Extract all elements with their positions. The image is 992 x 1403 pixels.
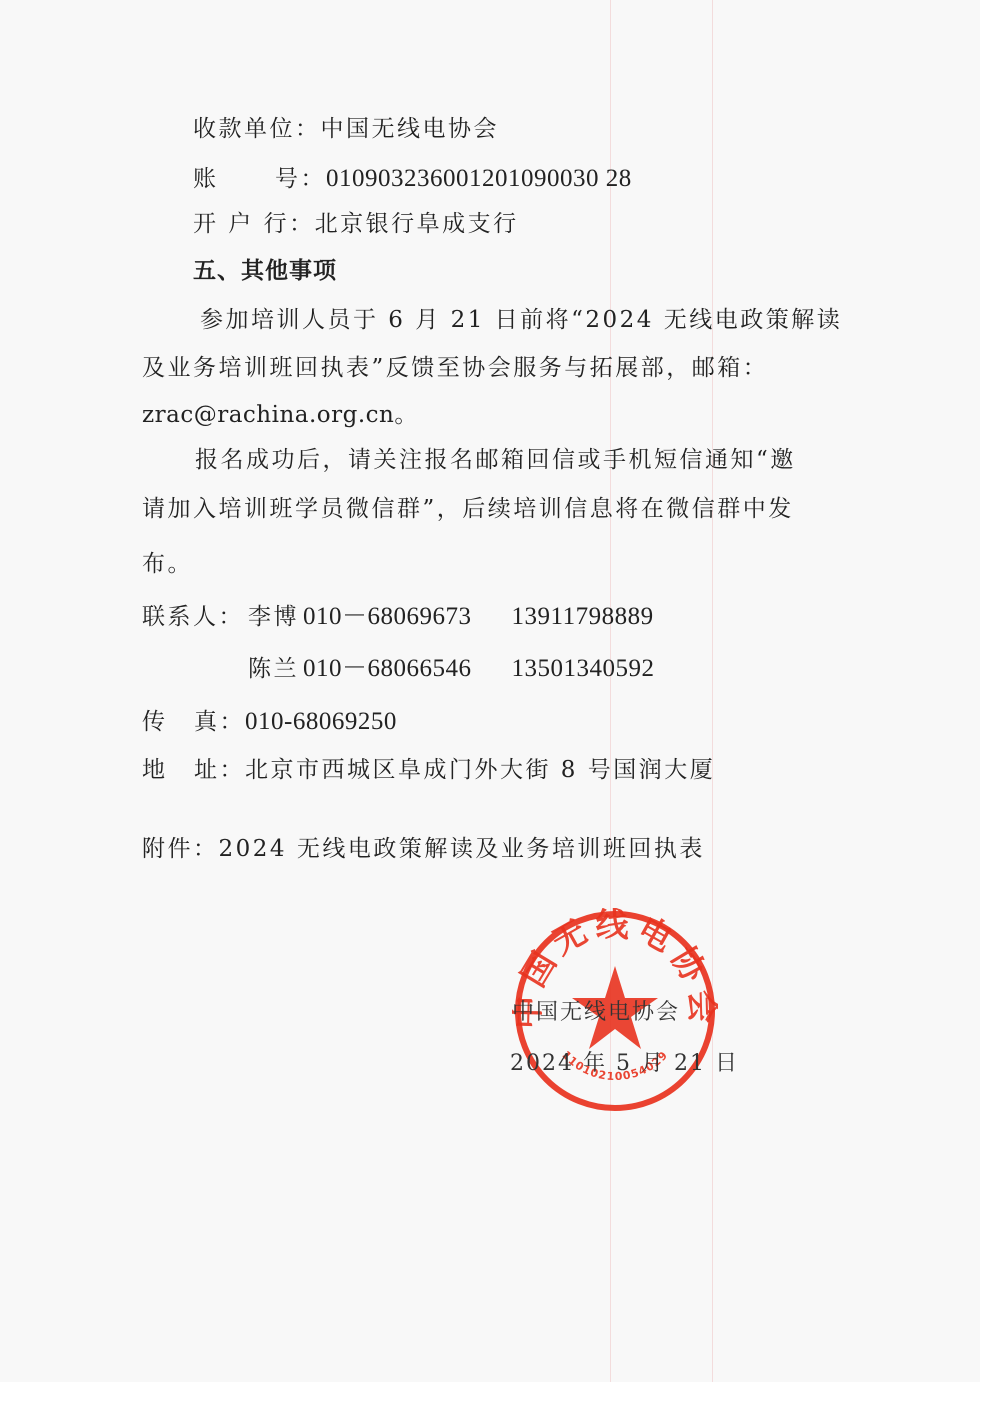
contact-row-1: 联系人：李博010－6806967313911798889 [142, 604, 654, 629]
payee-value: 中国无线电协会 [321, 116, 500, 142]
contact-mobile: 13501340592 [512, 655, 655, 682]
contact-mobile: 13911798889 [512, 603, 654, 630]
contact-row-2: 陈兰010－6806654613501340592 [248, 656, 655, 681]
signature-org: 中国无线电协会 [512, 995, 680, 1026]
payee-row: 收款单位：中国无线电协会 [193, 118, 499, 141]
scan-artifact-line [610, 0, 611, 1382]
para1-line1: 参加培训人员于 6 月 21 日前将“2024 无线电政策解读 [200, 309, 842, 332]
payee-label: 收款单位： [193, 116, 321, 142]
address-label-1: 地 [142, 759, 194, 782]
address-label-2: 址： [194, 757, 245, 783]
address-value: 北京市西城区阜成门外大街 8 号国润大厦 [245, 757, 715, 783]
contact-name: 李博 [248, 604, 299, 630]
contact-phone: 010－68066546 [303, 655, 472, 682]
para1-line2: 及业务培训班回执表”反馈至协会服务与拓展部，邮箱： [142, 357, 768, 380]
fax-label-1: 传 [142, 711, 194, 734]
scan-artifact-line [712, 0, 713, 1382]
signature-date: 2024 年 5 月 21 日 [510, 1046, 739, 1077]
account-label-1: 账 [193, 168, 275, 191]
attachment-line: 附件：2024 无线电政策解读及业务培训班回执表 [142, 838, 705, 861]
contacts-label: 联系人： [142, 606, 248, 629]
contact-phone: 010－68069673 [303, 603, 472, 630]
fax-value: 010-68069250 [245, 708, 397, 735]
bank-label: 开 户 行： [193, 211, 315, 237]
para2-line3: 布。 [142, 553, 193, 576]
para2-line1: 报名成功后，请关注报名邮箱回信或手机短信通知“邀 [195, 449, 796, 472]
bank-value: 北京银行阜成支行 [315, 211, 519, 237]
fax-label-2: 真： [194, 709, 245, 735]
address-row: 地址：北京市西城区阜成门外大街 8 号国润大厦 [142, 759, 715, 782]
email-link[interactable]: zrac@rachina.org.cn。 [142, 404, 418, 427]
bank-row: 开 户 行：北京银行阜成支行 [193, 213, 519, 236]
contact-name: 陈兰 [248, 656, 299, 682]
account-label-2: 号： [275, 166, 326, 192]
scanned-page [0, 0, 980, 1382]
section-heading: 五、其他事项 [193, 260, 337, 283]
fax-row: 传真：010-68069250 [142, 709, 397, 734]
account-value: 010903236001201090030 28 [326, 165, 632, 192]
account-row: 账号：010903236001201090030 28 [193, 166, 632, 191]
para2-line2: 请加入培训班学员微信群”，后续培训信息将在微信群中发 [142, 498, 794, 521]
